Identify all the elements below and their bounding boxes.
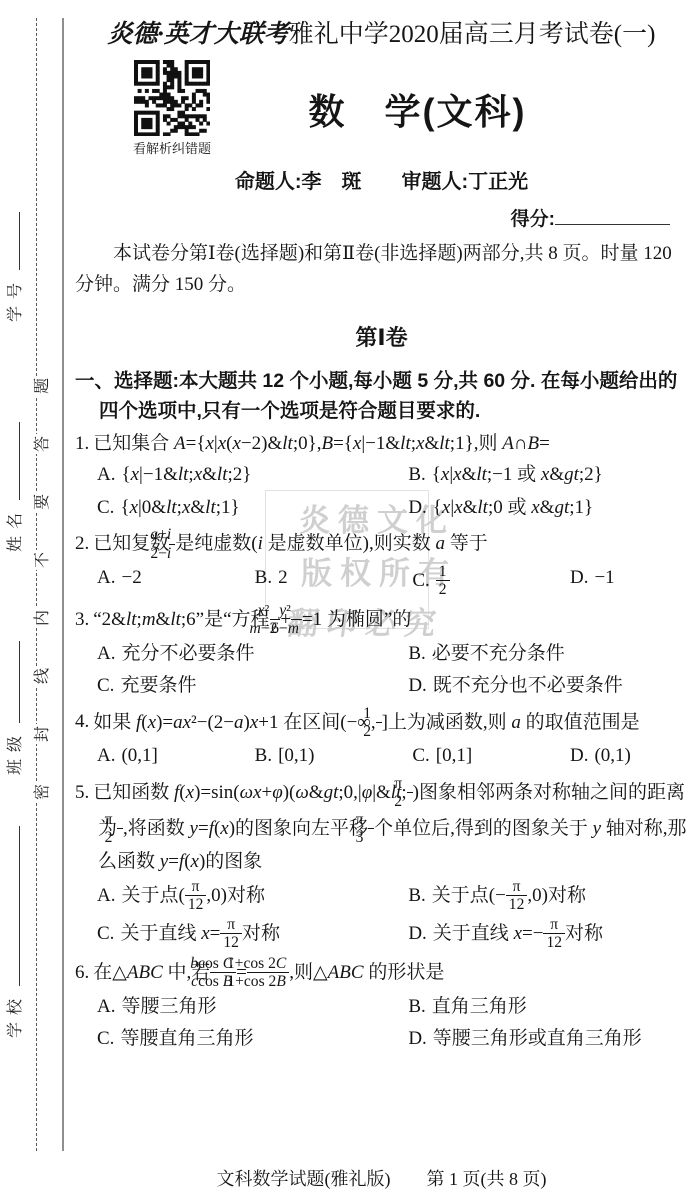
option-A: A.充分不必要条件 (97, 639, 404, 669)
qr-caption: 看解析纠错题 (127, 138, 217, 157)
setter-line: 命题人:李 斑 审题人:丁正光 (75, 165, 688, 194)
option-D: D.等腰三角形或直角三角形 (408, 1024, 692, 1054)
option-B: B.直角三角形 (408, 992, 692, 1022)
question-number: 1. (75, 433, 89, 454)
option-A: A.等腰三角形 (97, 992, 404, 1022)
seal-char: 线 (32, 666, 54, 686)
seal-char: 不 (32, 550, 54, 570)
series-title-rest: 雅礼中学2020届高三月考试卷(一) (289, 21, 656, 48)
part-title: 第Ⅰ卷 (75, 321, 688, 352)
question-stem: 2.已知复数a+i2−i是纯虚数(i 是虚数单位),则实数 a 等于 (75, 526, 688, 562)
question-stem: 3.“2&lt;m&lt;6”是“方程x²m−2+y²6−m=1 为椭圆”的 (75, 602, 688, 638)
option-C: C.充要条件 (97, 671, 404, 701)
seal-char: 答 (32, 434, 54, 454)
question-number: 2. (75, 533, 89, 554)
page-footer: 文科数学试题(雅礼版) 第 1 页(共 8 页) (75, 1165, 688, 1191)
question-5: 5.已知函数 f(x)=sin(ωx+φ)(ω&gt;0,|φ|&lt;π2)图… (75, 775, 688, 952)
question-4: 4.如果 f(x)=ax²−(2−a)x+1 在区间(−∞,12]上为减函数,则… (75, 705, 688, 772)
options-grid: A.等腰三角形B.直角三角形C.等腰直角三角形D.等腰三角形或直角三角形 (75, 992, 688, 1055)
series-title: 炎德·英才大联考雅礼中学2020届高三月考试卷(一) (75, 14, 688, 50)
seal-char: 要 (32, 492, 54, 512)
questions-list: 1.已知集合 A={x|x(x−2)&lt;0},B={x|−1&lt;x&lt… (75, 429, 688, 1054)
series-title-brand: 炎德·英才大联考 (108, 21, 289, 48)
margin-field-学校: 学校 (4, 826, 25, 1038)
options-grid: A.{x|−1&lt;x&lt;2}B.{x|x&lt;−1 或 x&gt;2}… (75, 460, 688, 523)
question-3: 3.“2&lt;m&lt;6”是“方程x²m−2+y²6−m=1 为椭圆”的A.… (75, 602, 688, 702)
option-C: C.等腰直角三角形 (97, 1024, 404, 1054)
option-B: B.必要不充分条件 (408, 639, 692, 669)
options-grid: A.充分不必要条件B.必要不充分条件C.充要条件D.既不充分也不必要条件 (75, 639, 688, 702)
question-stem: 6.在△ABC 中,若bcos Cccos B=1+cos 2C1+cos 2B… (75, 955, 688, 991)
question-number: 4. (75, 711, 89, 732)
option-A: A.−2 (97, 563, 251, 599)
option-A: A.关于点(π12,0)对称 (97, 878, 404, 914)
score-label: 得分: (511, 209, 555, 230)
option-C: C.{x|0&lt;x&lt;1} (97, 493, 404, 523)
question-2: 2.已知复数a+i2−i是纯虚数(i 是虚数单位),则实数 a 等于A.−2B.… (75, 526, 688, 599)
options-grid: A.关于点(π12,0)对称B.关于点(−π12,0)对称C.关于直线 x=π1… (75, 878, 688, 952)
margin-field-班级: 班级 (4, 641, 25, 775)
exam-page: 炎德·英才大联考雅礼中学2020届高三月考试卷(一) 看解析纠错题 数 学(文科… (75, 14, 688, 1054)
option-D: D.关于直线 x=−π12对称 (408, 916, 692, 952)
margin-solid-line (62, 18, 64, 1151)
margin-field-学号: 学号 (4, 212, 25, 322)
option-D: D.{x|x&lt;0 或 x&gt;1} (408, 493, 692, 523)
seal-char: 内 (32, 608, 54, 628)
section-header: 一、选择题:本大题共 12 个小题,每小题 5 分,共 60 分. 在每小题给出… (75, 366, 688, 426)
option-A: A.(0,1] (97, 741, 251, 771)
option-C: C.[0,1] (412, 741, 566, 771)
option-D: D.−1 (570, 563, 700, 599)
margin-field-姓名: 姓名 (4, 422, 25, 552)
option-C: C.关于直线 x=π12对称 (97, 916, 404, 952)
option-C: C.12 (412, 563, 566, 599)
question-number: 3. (75, 609, 89, 630)
seal-char: 密 (32, 782, 54, 802)
question-number: 6. (75, 962, 89, 983)
qr-code-icon (134, 60, 210, 136)
seal-char: 封 (32, 724, 54, 744)
score-row: 得分: (75, 204, 670, 231)
score-blank-field (555, 205, 670, 225)
header-row: 看解析纠错题 数 学(文科) (75, 60, 688, 157)
option-B: B.[0,1) (255, 741, 409, 771)
question-1: 1.已知集合 A={x|x(x−2)&lt;0},B={x|−1&lt;x&lt… (75, 429, 688, 523)
option-B: B.关于点(−π12,0)对称 (408, 878, 692, 914)
question-stem: 1.已知集合 A={x|x(x−2)&lt;0},B={x|−1&lt;x&lt… (75, 429, 688, 459)
option-D: D.既不充分也不必要条件 (408, 671, 692, 701)
qr-block: 看解析纠错题 (127, 60, 217, 157)
option-B: B.2 (255, 563, 409, 599)
question-stem: 4.如果 f(x)=ax²−(2−a)x+1 在区间(−∞,12]上为减函数,则… (75, 705, 688, 741)
seal-line-text: 密封线内不要答题 (32, 338, 54, 802)
subject-title: 数 学(文科) (217, 84, 688, 135)
exam-intro: 本试卷分第Ⅰ卷(选择题)和第Ⅱ卷(非选择题)两部分,共 8 页。时量 120 分… (75, 239, 688, 301)
seal-char: 题 (32, 376, 54, 396)
question-stem: 5.已知函数 f(x)=sin(ωx+φ)(ω&gt;0,|φ|&lt;π2)图… (75, 775, 688, 877)
options-grid: A.−2B.2C.12D.−1 (75, 563, 688, 599)
options-grid: A.(0,1]B.[0,1)C.[0,1]D.(0,1) (75, 741, 688, 771)
option-B: B.{x|x&lt;−1 或 x&gt;2} (408, 460, 692, 490)
question-6: 6.在△ABC 中,若bcos Cccos B=1+cos 2C1+cos 2B… (75, 955, 688, 1055)
option-D: D.(0,1) (570, 741, 700, 771)
question-number: 5. (75, 782, 89, 803)
option-A: A.{x|−1&lt;x&lt;2} (97, 460, 404, 490)
